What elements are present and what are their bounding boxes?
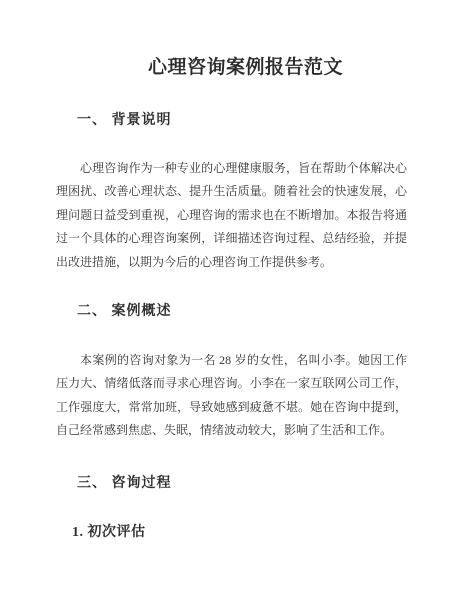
para-line: 工作强度大，常常加班，导致她感到疲惫不堪。她在咨询中提到， [56,396,407,419]
paragraph-case-overview: 本案例的咨询对象为一名 28 岁的女性，名叫小李。她因工作 压力大、情绪低落而寻… [56,349,407,443]
section-heading-counseling-process: 三、 咨询过程 [56,474,407,494]
para-line: 自己经常感到焦虑、失眠，情绪波动较大，影响了生活和工作。 [56,419,407,442]
document-page: 心理咨询案例报告范文 一、 背景说明 心理咨询作为一种专业的心理健康服务，旨在帮… [0,0,463,600]
para-line: 理问题日益受到重视，心理咨询的需求也在不断增加。本报告将通 [56,204,407,227]
section-heading-background: 一、 背景说明 [56,111,407,131]
para-line: 出改进措施，以期为今后的心理咨询工作提供参考。 [56,251,407,274]
subsection-heading-initial-assessment: 1. 初次评估 [56,523,407,543]
document-title: 心理咨询案例报告范文 [56,0,407,82]
para-line: 心理咨询作为一种专业的心理健康服务，旨在帮助个体解决心 [56,157,407,180]
para-line: 过一个具体的心理咨询案例，详细描述咨询过程、总结经验，并提 [56,227,407,250]
section-heading-case-overview: 二、 案例概述 [56,302,407,322]
paragraph-background: 心理咨询作为一种专业的心理健康服务，旨在帮助个体解决心 理困扰、改善心理状态、提… [56,157,407,274]
para-line: 压力大、情绪低落而寻求心理咨询。小李在一家互联网公司工作， [56,372,407,395]
para-line: 理困扰、改善心理状态、提升生活质量。随着社会的快速发展，心 [56,180,407,203]
para-line: 本案例的咨询对象为一名 28 岁的女性，名叫小李。她因工作 [56,349,407,372]
